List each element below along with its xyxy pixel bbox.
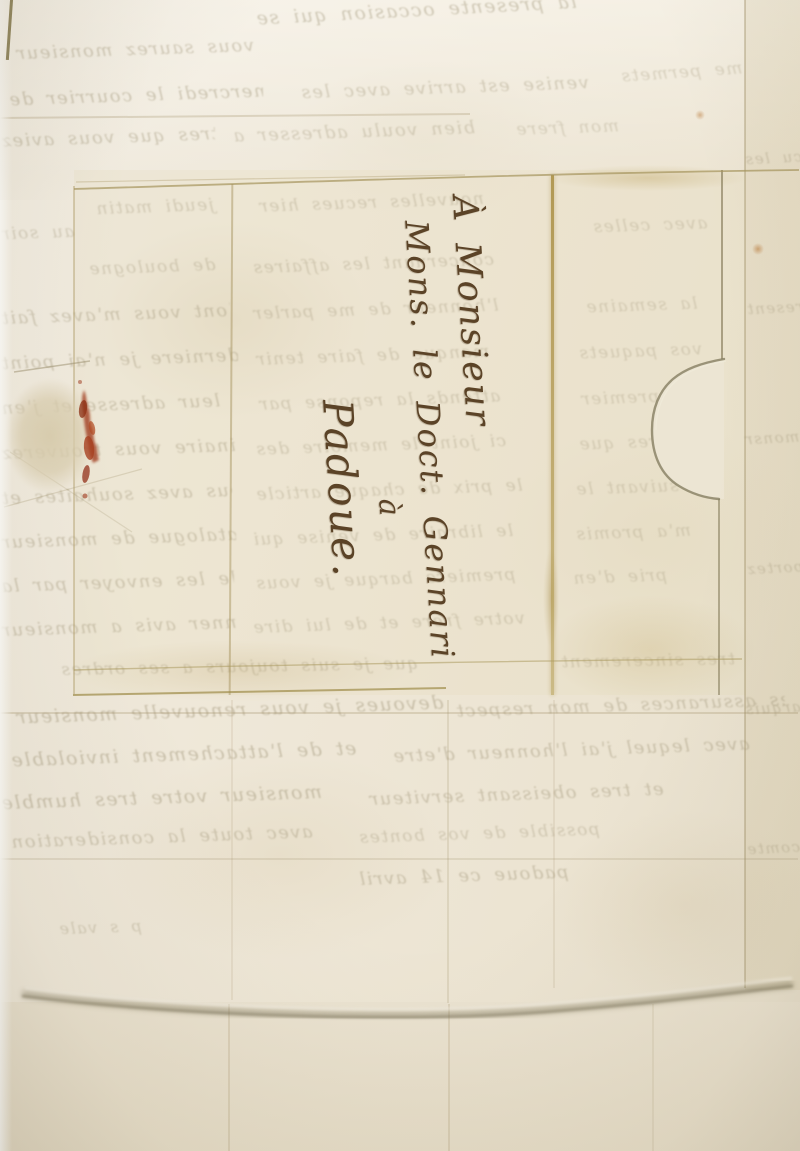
red-wax-dot [83,494,88,499]
seal-fold-crease [14,361,90,372]
address-block: À Monsieur Mons. le Doct. Gennari à Pado… [298,192,518,683]
wax-seal [4,378,99,499]
seal-adhesive-stain [4,378,96,494]
red-wax-dot [78,380,82,384]
fold-crease-bottom [73,688,446,695]
torn-notch-hole [652,359,724,499]
corner-shading [0,0,260,200]
torn-notch [652,359,726,499]
letter-photo: la presente occasion qui seme permetsvou… [0,0,800,1151]
